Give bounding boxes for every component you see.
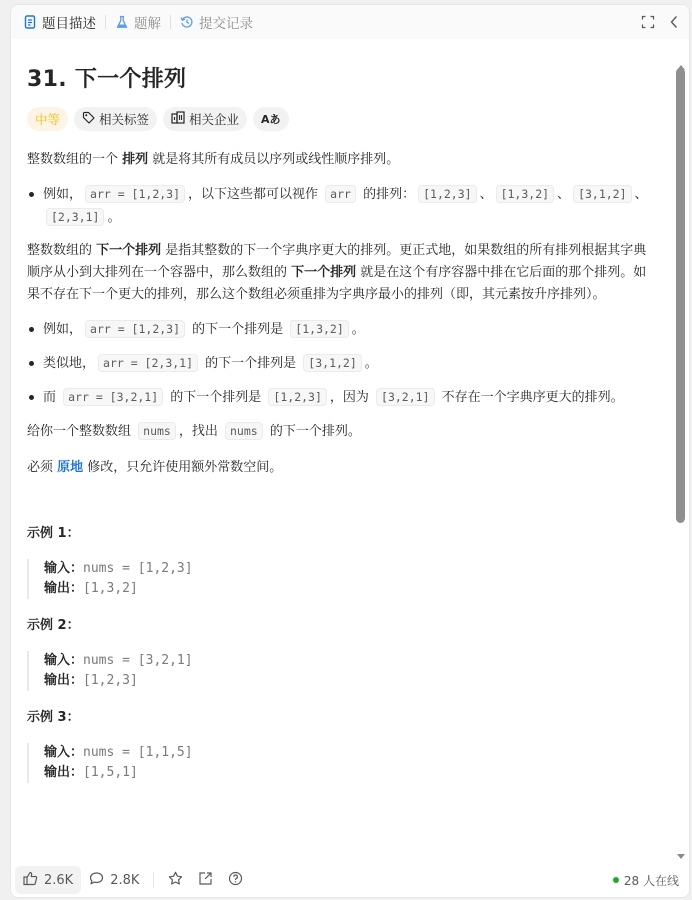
problem-chips: 中等 相关标签 相关企业 Aあ <box>27 107 659 131</box>
online-dot-icon <box>613 877 619 883</box>
example-block: 输入：nums = [1,2,3] 输出：[1,3,2] <box>27 559 659 599</box>
related-companies-label: 相关企业 <box>189 110 239 128</box>
comment-count: 2.8K <box>110 873 139 888</box>
tab-label: 提交记录 <box>199 12 253 32</box>
tab-description[interactable]: 题目描述 <box>23 5 96 39</box>
tab-bar: 题目描述 题解 提交记录 <box>11 5 689 39</box>
list-item: 例如，arr = [1,2,3]，以下这些都可以视作 arr 的排列：[1,2,… <box>27 183 659 229</box>
tab-label: 题解 <box>134 12 161 32</box>
example-title: 示例 3： <box>27 707 659 729</box>
tab-submissions[interactable]: 提交记录 <box>180 5 253 39</box>
help-button[interactable] <box>220 866 250 894</box>
next-permutation-examples-list: 例如，arr = [1,2,3] 的下一个排列是 [1,3,2]。 类似地，ar… <box>27 318 659 409</box>
history-icon <box>180 15 194 29</box>
related-companies-button[interactable]: 相关企业 <box>163 107 247 131</box>
thumbs-up-icon <box>23 871 38 890</box>
online-status: 28 人在线 <box>613 863 679 897</box>
problem-description: 整数数组的一个 排列 就是将其所有成员以序列或线性顺序排列。 例如，arr = … <box>27 149 659 479</box>
example-3: 示例 3： 输入：nums = [1,1,5] 输出：[1,5,1] <box>27 707 659 783</box>
tab-solutions[interactable]: 题解 <box>115 5 161 39</box>
footer-divider <box>153 872 154 888</box>
example-block: 输入：nums = [1,1,5] 输出：[1,5,1] <box>27 743 659 783</box>
problem-title: 31. 下一个排列 <box>27 65 659 95</box>
problem-content: 31. 下一个排列 中等 相关标签 相关企业 Aあ 整数数组的一个 排列 就 <box>11 39 675 863</box>
chevron-left-icon[interactable] <box>669 15 679 29</box>
question-circle-icon <box>228 871 243 890</box>
fullscreen-icon[interactable] <box>641 15 655 29</box>
in-place-link[interactable]: 原地 <box>57 460 83 475</box>
description-paragraph: 整数数组的一个 排列 就是将其所有成员以序列或线性顺序排列。 <box>27 149 659 171</box>
favorite-button[interactable] <box>160 866 190 894</box>
description-paragraph: 必须 原地 修改，只允许使用额外常数空间。 <box>27 457 659 479</box>
translate-button[interactable]: Aあ <box>253 107 289 131</box>
document-icon <box>23 15 37 29</box>
translate-icon: Aあ <box>261 111 281 127</box>
difficulty-badge: 中等 <box>27 107 68 131</box>
share-button[interactable] <box>190 866 220 894</box>
description-paragraph: 给你一个整数数组 nums，找出 nums 的下一个排列。 <box>27 420 659 443</box>
related-tags-label: 相关标签 <box>99 110 149 128</box>
related-tags-button[interactable]: 相关标签 <box>74 107 157 131</box>
scrollbar-thumb[interactable] <box>676 68 685 523</box>
examples-section: 示例 1： 输入：nums = [1,2,3] 输出：[1,3,2] 示例 2：… <box>27 523 659 783</box>
list-item: 类似地，arr = [2,3,1] 的下一个排列是 [3,1,2]。 <box>27 352 659 375</box>
flask-icon <box>115 15 129 29</box>
list-item: 而 arr = [3,2,1] 的下一个排列是 [1,2,3]，因为 [3,2,… <box>27 386 659 409</box>
example-title: 示例 1： <box>27 523 659 545</box>
tab-divider <box>105 15 106 29</box>
header-actions <box>641 5 679 39</box>
example-block: 输入：nums = [3,2,1] 输出：[1,2,3] <box>27 651 659 691</box>
example-1: 示例 1： 输入：nums = [1,2,3] 输出：[1,3,2] <box>27 523 659 599</box>
star-icon <box>168 871 183 890</box>
tab-divider <box>170 15 171 29</box>
footer-bar: 2.6K 2.8K 28 人在线 <box>11 863 689 897</box>
like-button[interactable]: 2.6K <box>15 866 81 894</box>
share-external-icon <box>198 871 213 890</box>
building-icon <box>171 111 185 127</box>
scroll-down-arrow-icon[interactable] <box>677 854 685 859</box>
permutation-examples-list: 例如，arr = [1,2,3]，以下这些都可以视作 arr 的排列：[1,2,… <box>27 183 659 229</box>
tab-label: 题目描述 <box>42 12 96 32</box>
tag-icon <box>82 111 95 127</box>
online-count: 28 人在线 <box>624 872 679 889</box>
description-paragraph: 整数数组的 下一个排列 是指其整数的下一个字典序更大的排列。更正式地，如果数组的… <box>27 240 659 306</box>
example-2: 示例 2： 输入：nums = [3,2,1] 输出：[1,2,3] <box>27 615 659 691</box>
example-title: 示例 2： <box>27 615 659 637</box>
vertical-scrollbar[interactable] <box>675 63 687 857</box>
list-item: 例如，arr = [1,2,3] 的下一个排列是 [1,3,2]。 <box>27 318 659 341</box>
like-count: 2.6K <box>44 873 73 888</box>
comments-button[interactable]: 2.8K <box>81 866 147 894</box>
comment-icon <box>89 871 104 890</box>
problem-panel: 题目描述 题解 提交记录 31. 下一个排列 中等 <box>10 4 690 898</box>
